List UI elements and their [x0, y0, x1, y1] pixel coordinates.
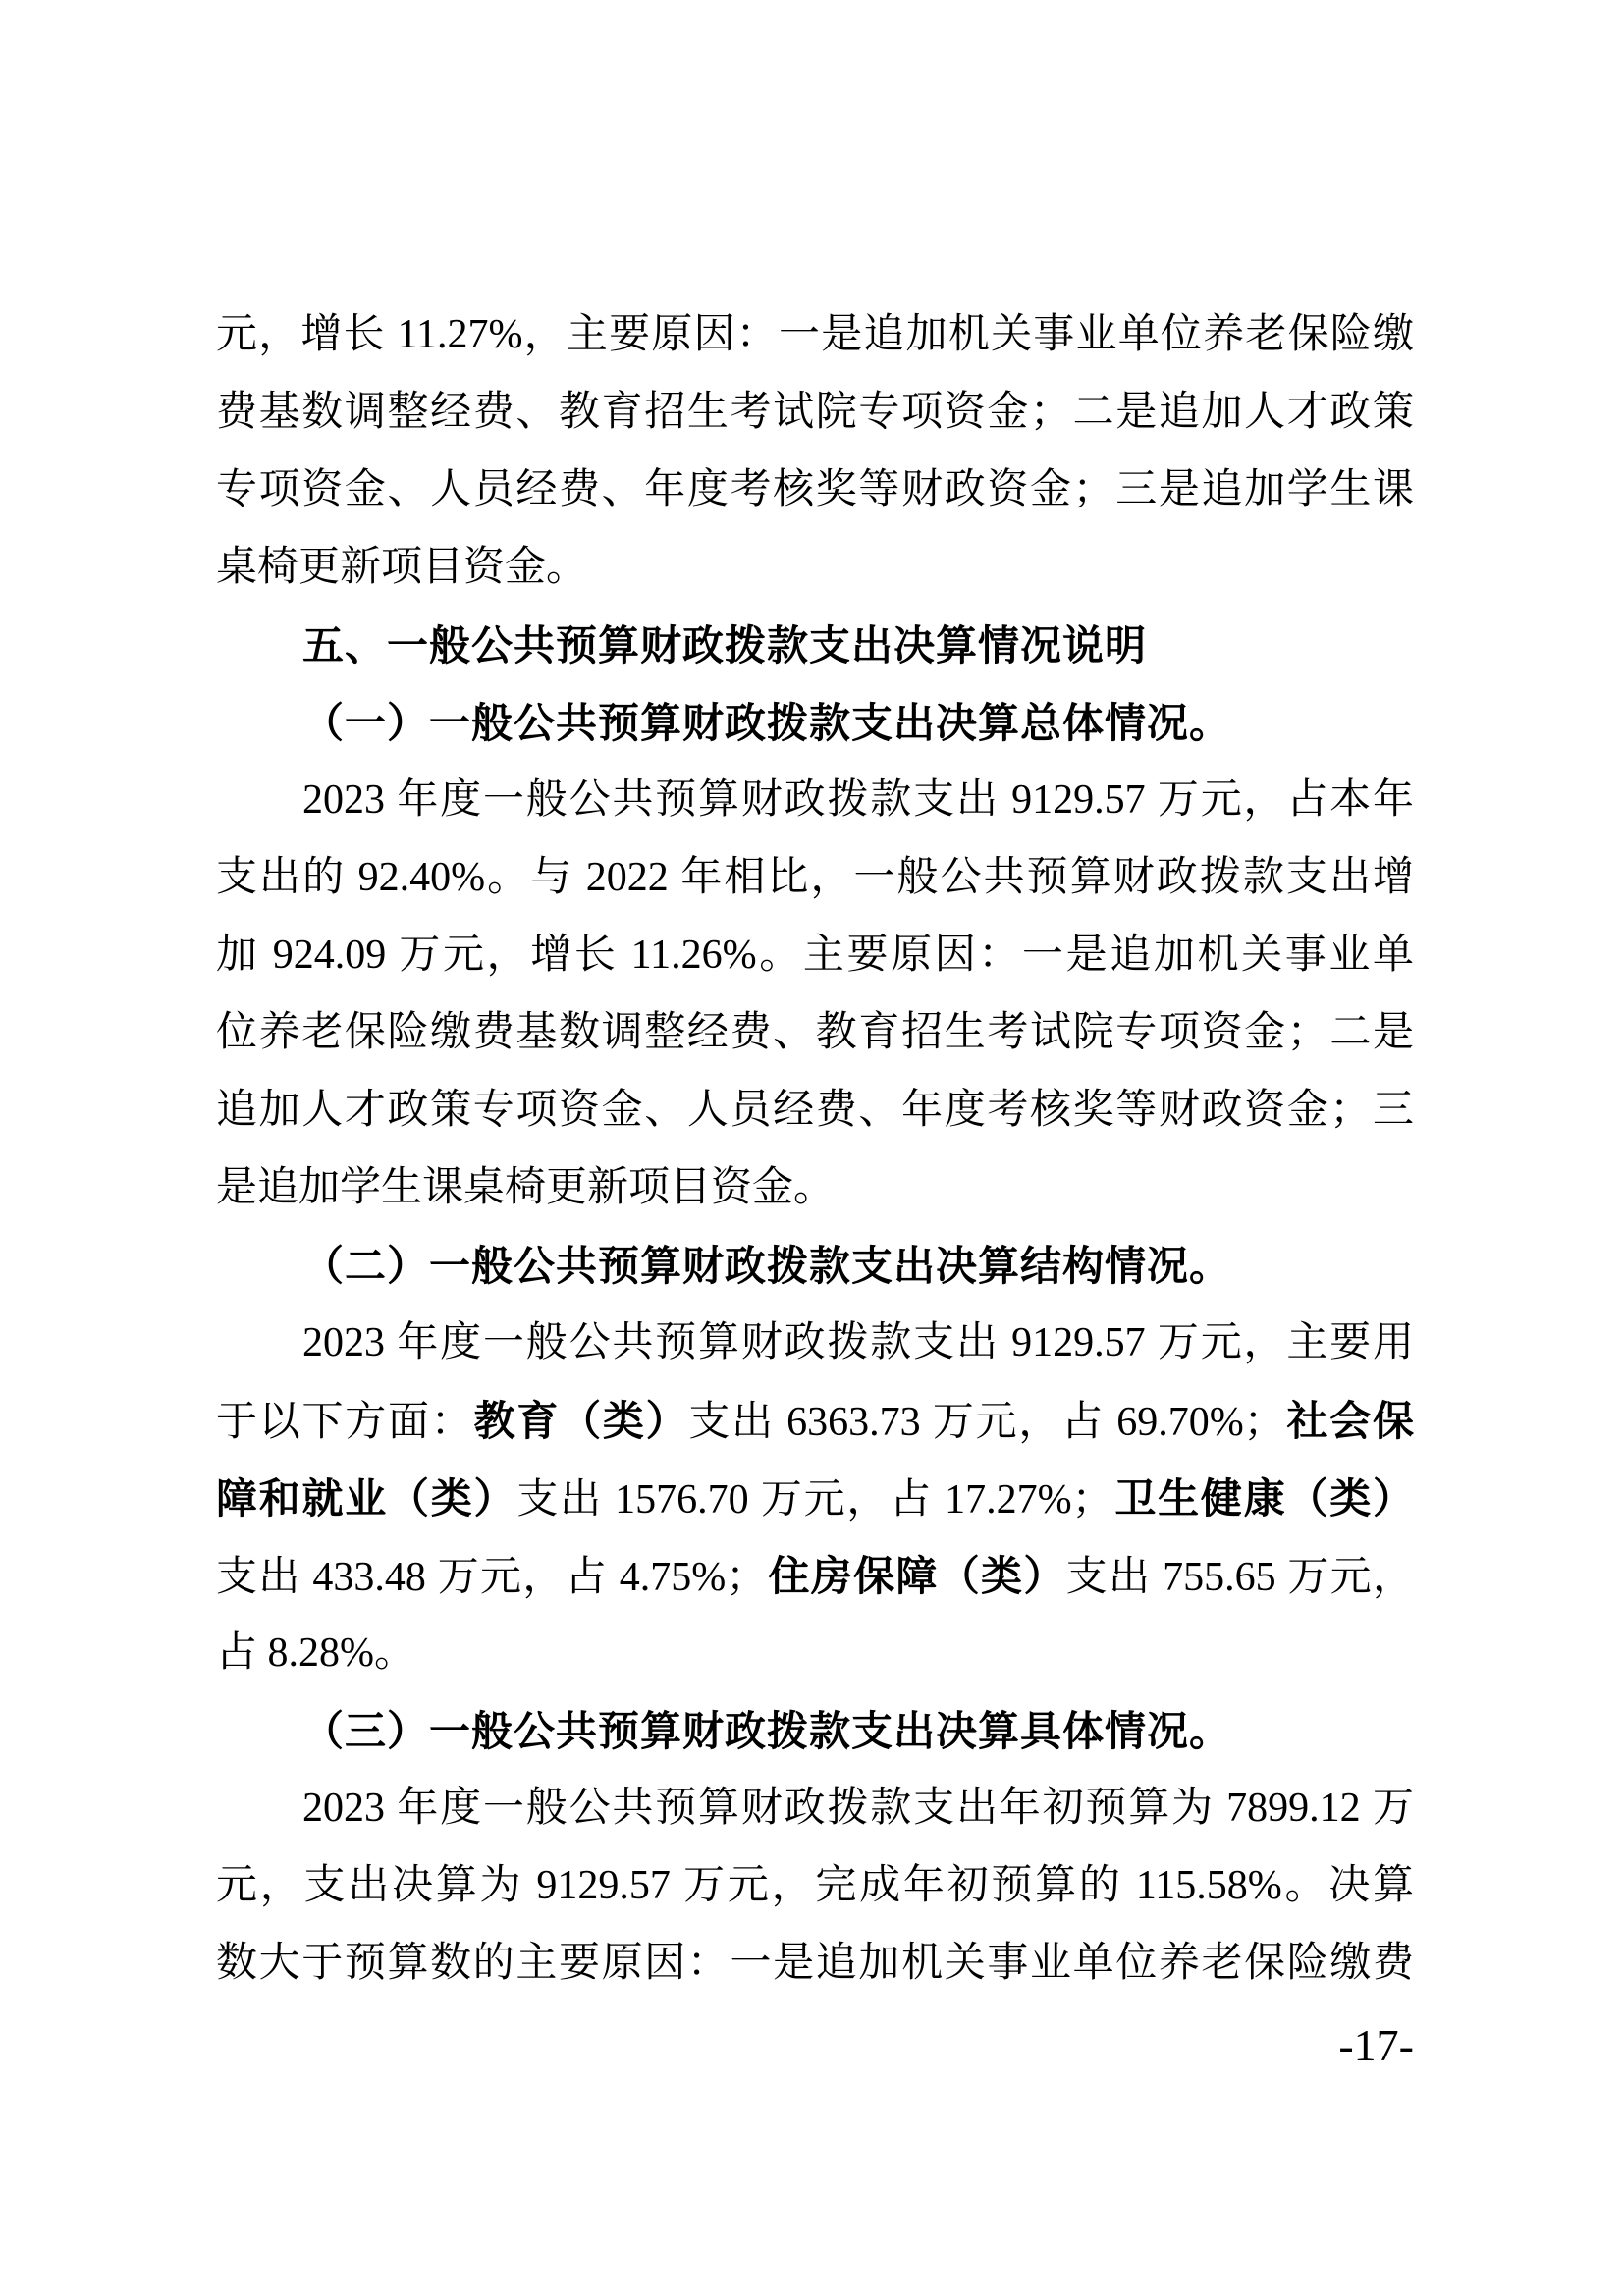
- body-text: 支出 1576.70 万元，占 17.27%；: [516, 1477, 1112, 1522]
- text-line: 加 924.09 万元，增长 11.26%。主要原因：一是追加机关事业单: [216, 917, 1414, 994]
- text-line: 支出的 92.40%。与 2022 年相比，一般公共预算财政拨款支出增: [216, 839, 1414, 917]
- body-text: 追加人才政策专项资金、人员经费、年度考核奖等财政资金；三: [216, 1088, 1414, 1133]
- body-text: 支出 6363.73 万元，占 69.70%；: [688, 1400, 1284, 1445]
- emphasis-text: 住房保障（类）: [767, 1553, 1065, 1599]
- document-page: { "page": { "background_color": "#ffffff…: [0, 0, 1624, 2296]
- body-text: 费基数调整经费、教育招生考试院专项资金；二是追加人才政策: [216, 390, 1414, 435]
- text-line: 桌椅更新项目资金。: [216, 529, 1414, 607]
- page-number: -17-: [216, 2020, 1414, 2071]
- body-text: 位养老保险缴费基数调整经费、教育招生考试院专项资金；二是: [216, 1010, 1414, 1055]
- text-line: 支出 433.48 万元，占 4.75%；住房保障（类）支出 755.65 万元…: [216, 1537, 1414, 1615]
- emphasis-text: 教育（类）: [474, 1398, 689, 1444]
- text-line: 障和就业（类）支出 1576.70 万元，占 17.27%；卫生健康（类）: [216, 1460, 1414, 1537]
- text-line: 专项资金、人员经费、年度考核奖等财政资金；三是追加学生课: [216, 452, 1414, 529]
- text-line: 2023 年度一般公共预算财政拨款支出 9129.57 万元，占本年: [216, 762, 1414, 839]
- text-line: 是追加学生课桌椅更新项目资金。: [216, 1149, 1414, 1227]
- body-text: 支出 433.48 万元，占 4.75%；: [216, 1555, 767, 1600]
- emphasis-text: 五、一般公共预算财政拨款支出决算情况说明: [302, 622, 1147, 668]
- text-line: 费基数调整经费、教育招生考试院专项资金；二是追加人才政策: [216, 374, 1414, 452]
- emphasis-text: 障和就业（类）: [216, 1475, 516, 1522]
- text-line: 数大于预算数的主要原因：一是追加机关事业单位养老保险缴费: [216, 1925, 1414, 2002]
- text-line: 追加人才政策专项资金、人员经费、年度考核奖等财政资金；三: [216, 1072, 1414, 1149]
- body-text: 2023 年度一般公共预算财政拨款支出年初预算为 7899.12 万: [302, 1786, 1414, 1831]
- text-line: 元，增长 11.27%，主要原因：一是追加机关事业单位养老保险缴: [216, 296, 1414, 374]
- emphasis-text: 卫生健康（类）: [1113, 1475, 1414, 1522]
- emphasis-text: （二）一般公共预算财政拨款支出决算结构情况。: [302, 1243, 1231, 1289]
- body-text: 加 924.09 万元，增长 11.26%。主要原因：一是追加机关事业单: [216, 933, 1414, 978]
- body-text: 2023 年度一般公共预算财政拨款支出 9129.57 万元，主要用: [302, 1320, 1414, 1365]
- document-body: 元，增长 11.27%，主要原因：一是追加机关事业单位养老保险缴费基数调整经费、…: [216, 296, 1414, 2002]
- body-text: 占 8.28%。: [216, 1630, 415, 1676]
- text-line: 位养老保险缴费基数调整经费、教育招生考试院专项资金；二是: [216, 994, 1414, 1072]
- body-text: 支出的 92.40%。与 2022 年相比，一般公共预算财政拨款支出增: [216, 855, 1414, 900]
- body-text: 元，增长 11.27%，主要原因：一是追加机关事业单位养老保险缴: [216, 312, 1414, 357]
- emphasis-text: （一）一般公共预算财政拨款支出决算总体情况。: [302, 700, 1231, 746]
- body-text: 元，支出决算为 9129.57 万元，完成年初预算的 115.58%。决算: [216, 1863, 1414, 1908]
- section-heading: （一）一般公共预算财政拨款支出决算总体情况。: [216, 684, 1414, 762]
- body-text: 2023 年度一般公共预算财政拨款支出 9129.57 万元，占本年: [302, 777, 1414, 823]
- body-text: 是追加学生课桌椅更新项目资金。: [216, 1165, 835, 1210]
- body-text: 于以下方面：: [216, 1400, 474, 1445]
- emphasis-text: （三）一般公共预算财政拨款支出决算具体情况。: [302, 1708, 1231, 1754]
- body-text: 数大于预算数的主要原因：一是追加机关事业单位养老保险缴费: [216, 1941, 1414, 1986]
- text-line: 于以下方面：教育（类）支出 6363.73 万元，占 69.70%；社会保: [216, 1382, 1414, 1460]
- text-line: 2023 年度一般公共预算财政拨款支出年初预算为 7899.12 万: [216, 1770, 1414, 1847]
- section-heading: （三）一般公共预算财政拨款支出决算具体情况。: [216, 1692, 1414, 1770]
- section-heading: （二）一般公共预算财政拨款支出决算结构情况。: [216, 1227, 1414, 1305]
- body-text: 桌椅更新项目资金。: [216, 545, 587, 590]
- body-text: 支出 755.65 万元，: [1066, 1555, 1414, 1600]
- text-line: 占 8.28%。: [216, 1615, 1414, 1692]
- section-heading: 五、一般公共预算财政拨款支出决算情况说明: [216, 607, 1414, 684]
- text-line: 2023 年度一般公共预算财政拨款支出 9129.57 万元，主要用: [216, 1305, 1414, 1382]
- body-text: 专项资金、人员经费、年度考核奖等财政资金；三是追加学生课: [216, 467, 1414, 512]
- text-line: 元，支出决算为 9129.57 万元，完成年初预算的 115.58%。决算: [216, 1847, 1414, 1925]
- emphasis-text: 社会保: [1285, 1398, 1414, 1444]
